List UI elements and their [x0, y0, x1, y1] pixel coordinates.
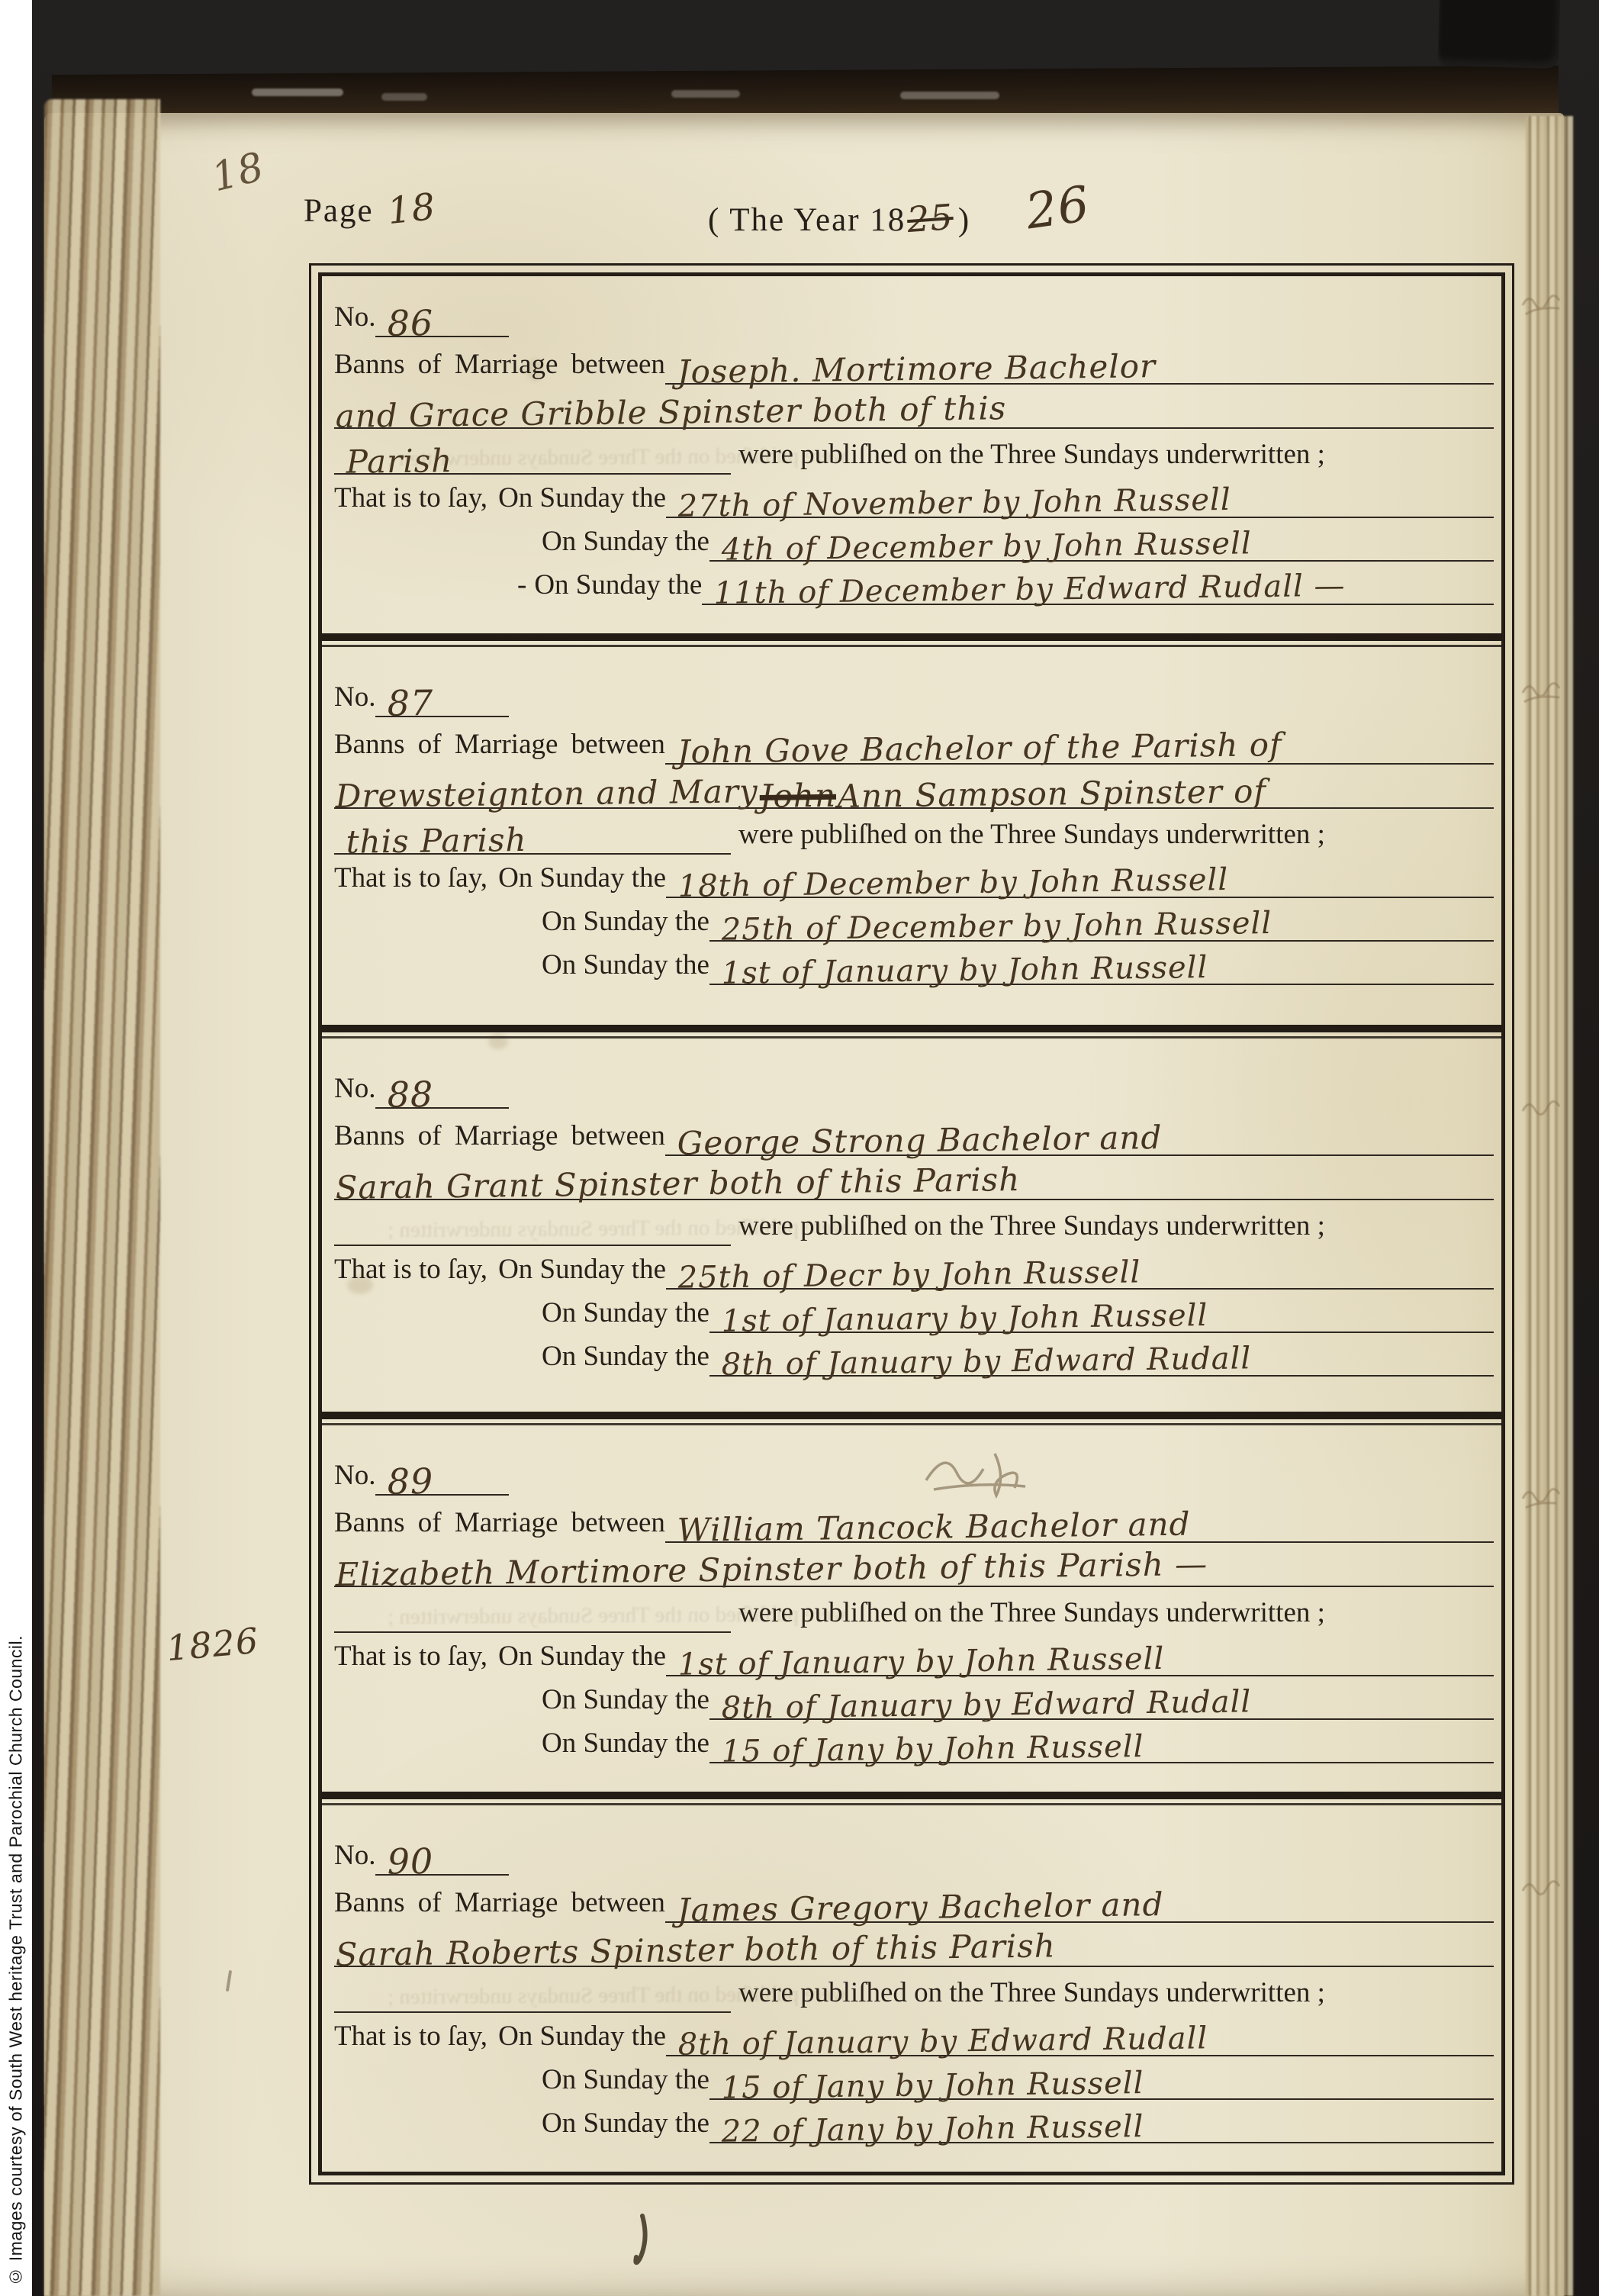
- names-line1: William Tancock Bachelor and: [664, 1509, 1190, 1547]
- entry-number-value: 87: [375, 685, 434, 721]
- sunday-row-3: On Sunday the 1st of January by John Rus…: [542, 942, 1494, 985]
- banns-entry-87: No. 87 Banns of Marriage between John Go…: [323, 652, 1500, 1022]
- banns-entry-89: No. 89 Banns of Marriage between William…: [323, 1430, 1500, 1789]
- on-sunday-label: On Sunday the: [542, 2066, 709, 2094]
- that-is-to-say-label: That is to ſay,: [334, 864, 487, 892]
- banns-names-row: Banns of Marriage between John Gove Bach…: [334, 717, 1494, 765]
- banns-entry-88: No. 88 Banns of Marriage between George …: [323, 1043, 1500, 1409]
- sunday-3-value: 11th of December by Edward Rudall —: [702, 571, 1346, 609]
- names-line2: Sarah Grant Spinster both of this Parish: [333, 1164, 1020, 1204]
- names-line3: this Parish: [333, 824, 526, 858]
- banns-label: Banns of Marriage between: [334, 350, 665, 378]
- banns-entry-86: No. 86 Banns of Marriage between Joseph.…: [323, 272, 1500, 630]
- no-label: No.: [334, 1461, 375, 1489]
- names-continuation-row: Sarah Grant Spinster both of this Parish: [334, 1156, 1494, 1200]
- sunday-3-value: 1st of January by John Russell: [709, 952, 1208, 989]
- banns-label: Banns of Marriage between: [334, 1889, 665, 1917]
- sunday-1-value: 27th of November by John Russell: [666, 485, 1231, 522]
- sunday-row-2: On Sunday the 4th of December by John Ru…: [542, 518, 1494, 562]
- names-line2: Elizabeth Mortimore Spinster both of thi…: [333, 1548, 1208, 1591]
- banns-label: Banns of Marriage between: [334, 1122, 665, 1150]
- year-label-open: ( The Year 18: [708, 202, 906, 238]
- published-row: Parish were publiſhed on the Three Sunda…: [334, 429, 1494, 475]
- fore-edge-pages: [1526, 116, 1573, 2296]
- sunday-3-value: 8th of January by Edward Rudall: [709, 1343, 1251, 1380]
- sunday-3-value: 22 of Jany by John Russell: [709, 2111, 1144, 2147]
- sunday-1-value: 25th of Decr by John Russell: [666, 1257, 1141, 1293]
- on-sunday-label: On Sunday the: [498, 1255, 666, 1283]
- names-continuation-row: Elizabeth Mortimore Spinster both of thi…: [334, 1543, 1494, 1587]
- that-is-to-say-label: That is to ſay,: [334, 1255, 487, 1283]
- that-is-to-say-label: That is to ſay,: [334, 484, 487, 512]
- banns-entry-90: No. 90 Banns of Marriage between James G…: [323, 1810, 1500, 2176]
- published-row: were publiſhed on the Three Sundays unde…: [334, 1587, 1494, 1633]
- page-number-handwritten: 18: [385, 185, 438, 233]
- sunday-2-value: 8th of January by Edward Rudall: [709, 1686, 1251, 1724]
- entry-number-value: 86: [375, 305, 434, 341]
- sunday-row-3: - On Sunday the 11th of December by Edwa…: [517, 562, 1494, 605]
- no-label: No.: [334, 1074, 375, 1103]
- margin-year-note: 1826: [165, 1620, 260, 1669]
- bleed-through-mark: [1520, 1090, 1568, 1125]
- entry-number-row: No. 87: [334, 668, 1494, 717]
- sunday-row-3: On Sunday the 22 of Jany by John Russell: [542, 2100, 1494, 2143]
- book-strap: [1438, 0, 1561, 69]
- on-sunday-label: On Sunday the: [498, 864, 666, 892]
- entry-divider: [321, 1025, 1502, 1040]
- published-row: this Parish were publiſhed on the Three …: [334, 809, 1494, 855]
- published-row: were publiſhed on the Three Sundays unde…: [334, 1200, 1494, 1246]
- names-continuation-row: Drewsteignton and Mary John Ann Sampson …: [334, 765, 1494, 809]
- sunday-3-value: 15 of Jany by John Russell: [709, 1731, 1144, 1767]
- year-header: ( The Year 1825)26: [708, 186, 1091, 243]
- year-struck-handwritten: 25: [906, 196, 954, 240]
- bleed-through-mark: [1520, 1479, 1568, 1514]
- entry-number-value: 90: [375, 1844, 434, 1879]
- sunday-row-3: On Sunday the 15 of Jany by John Russell: [542, 1720, 1494, 1763]
- dash-mark: -: [517, 571, 526, 599]
- sunday-1-value: 8th of January by Edward Rudall: [666, 2023, 1208, 2060]
- names-line2: and Grace Gribble Spinster both of this: [333, 392, 1006, 433]
- sunday-row-1: That is to ſay, On Sunday the 27th of No…: [334, 475, 1494, 518]
- sunday-2-value: 25th of December by John Russell: [709, 908, 1272, 945]
- no-label: No.: [334, 1841, 375, 1869]
- banns-names-row: Banns of Marriage between James Gregory …: [334, 1876, 1494, 1923]
- page-header: Page18: [304, 188, 436, 230]
- archive-credit-text: © Images courtesy of South West heritage…: [6, 1635, 27, 2287]
- on-sunday-label: On Sunday the: [542, 1729, 709, 1757]
- sunday-row-2: On Sunday the 8th of January by Edward R…: [542, 1676, 1494, 1720]
- that-is-to-say-label: That is to ſay,: [334, 2022, 487, 2050]
- that-is-to-say-label: That is to ſay,: [334, 1642, 487, 1670]
- on-sunday-label: On Sunday the: [498, 484, 666, 512]
- names-continuation-row: and Grace Gribble Spinster both of this: [334, 385, 1494, 429]
- names-line2: Drewsteignton and Mary: [333, 775, 758, 813]
- sunday-row-3: On Sunday the 8th of January by Edward R…: [542, 1333, 1494, 1377]
- names-line1: James Gregory Bachelor and: [664, 1889, 1163, 1927]
- pencil-scribble: [911, 1442, 1048, 1503]
- published-label: were publiſhed on the Three Sundays unde…: [738, 1979, 1325, 2007]
- names-continuation-row: Sarah Roberts Spinster both of this Pari…: [334, 1923, 1494, 1967]
- on-sunday-label: On Sunday the: [498, 2022, 666, 2050]
- names-line2-struck-word: John: [758, 780, 836, 813]
- sunday-1-value: 1st of January by John Russell: [666, 1644, 1165, 1680]
- on-sunday-label: On Sunday the: [542, 951, 709, 979]
- sunday-row-2: On Sunday the 15 of Jany by John Russell: [542, 2056, 1494, 2100]
- banns-names-row: Banns of Marriage between Joseph. Mortim…: [334, 337, 1494, 385]
- banns-label: Banns of Marriage between: [334, 1509, 665, 1537]
- entry-number-row: No. 88: [334, 1060, 1494, 1109]
- banns-label: Banns of Marriage between: [334, 730, 665, 758]
- page-label: Page: [304, 193, 374, 229]
- year-label-close: ): [958, 202, 970, 238]
- on-sunday-label: On Sunday the: [542, 1299, 709, 1327]
- sunday-row-2: On Sunday the 25th of December by John R…: [542, 898, 1494, 942]
- published-label: were publiſhed on the Three Sundays unde…: [738, 1212, 1325, 1240]
- names-line1: George Strong Bachelor and: [664, 1122, 1162, 1160]
- cover-scuff: [381, 93, 427, 101]
- sunday-row-1: That is to ſay, On Sunday the 25th of De…: [334, 1246, 1494, 1290]
- on-sunday-label: On Sunday the: [498, 1642, 666, 1670]
- published-label: were publiſhed on the Three Sundays unde…: [738, 820, 1325, 849]
- entry-number-value: 89: [375, 1464, 434, 1499]
- names-line1: Joseph. Mortimore Bachelor: [664, 350, 1156, 388]
- entry-number-row: No. 86: [334, 288, 1494, 337]
- entry-divider: [321, 1412, 1502, 1427]
- bleed-through-mark: [1520, 1869, 1568, 1905]
- year-revision-handwritten: 26: [1022, 176, 1093, 241]
- sunday-row-2: On Sunday the 1st of January by John Rus…: [542, 1290, 1494, 1333]
- entry-divider: [321, 1792, 1502, 1807]
- cover-scuff: [671, 90, 740, 98]
- sunday-row-1: That is to ſay, On Sunday the 18th of De…: [334, 855, 1494, 898]
- on-sunday-label: On Sunday the: [542, 1686, 709, 1714]
- cover-scuff: [900, 92, 999, 99]
- published-label: were publiſhed on the Three Sundays unde…: [738, 1599, 1325, 1627]
- published-label: were publiſhed on the Three Sundays unde…: [738, 440, 1325, 469]
- register-scan: © Images courtesy of South West heritage…: [0, 0, 1599, 2296]
- no-label: No.: [334, 683, 375, 711]
- ink-mark: [627, 2213, 658, 2266]
- sunday-2-value: 15 of Jany by John Russell: [709, 2068, 1144, 2104]
- binding-gutter-pages: [44, 99, 160, 2296]
- on-sunday-label: On Sunday the: [542, 527, 709, 555]
- banns-form-box: No. 86 Banns of Marriage between Joseph.…: [309, 263, 1514, 2185]
- no-label: No.: [334, 303, 375, 331]
- archive-credit-strip: © Images courtesy of South West heritage…: [0, 0, 32, 2296]
- bleed-through-mark: [1520, 673, 1568, 708]
- on-sunday-label: On Sunday the: [542, 907, 709, 935]
- banns-names-row: Banns of Marriage between George Strong …: [334, 1109, 1494, 1156]
- entry-number-value: 88: [375, 1077, 434, 1113]
- sunday-row-1: That is to ſay, On Sunday the 8th of Jan…: [334, 2013, 1494, 2056]
- on-sunday-label: On Sunday the: [542, 2109, 709, 2137]
- entry-divider: [321, 633, 1502, 649]
- on-sunday-label: On Sunday the: [542, 1342, 709, 1370]
- entry-number-row: No. 90: [334, 1827, 1494, 1876]
- names-line3: Parish: [333, 445, 452, 478]
- sunday-row-1: That is to ſay, On Sunday the 1st of Jan…: [334, 1633, 1494, 1676]
- names-line2: Sarah Roberts Spinster both of this Pari…: [333, 1930, 1056, 1971]
- cover-scuff: [252, 89, 343, 96]
- names-line2-continued: Ann Sampson Spinster of: [836, 775, 1267, 813]
- sunday-2-value: 4th of December by John Russell: [709, 528, 1251, 565]
- sunday-1-value: 18th of December by John Russell: [666, 865, 1229, 902]
- bleed-through-mark: [1520, 284, 1568, 319]
- on-sunday-label: On Sunday the: [534, 571, 702, 599]
- names-line1: John Gove Bachelor of the Parish of: [664, 729, 1282, 768]
- sunday-2-value: 1st of January by John Russell: [709, 1300, 1208, 1337]
- published-row: were publiſhed on the Three Sundays unde…: [334, 1967, 1494, 2013]
